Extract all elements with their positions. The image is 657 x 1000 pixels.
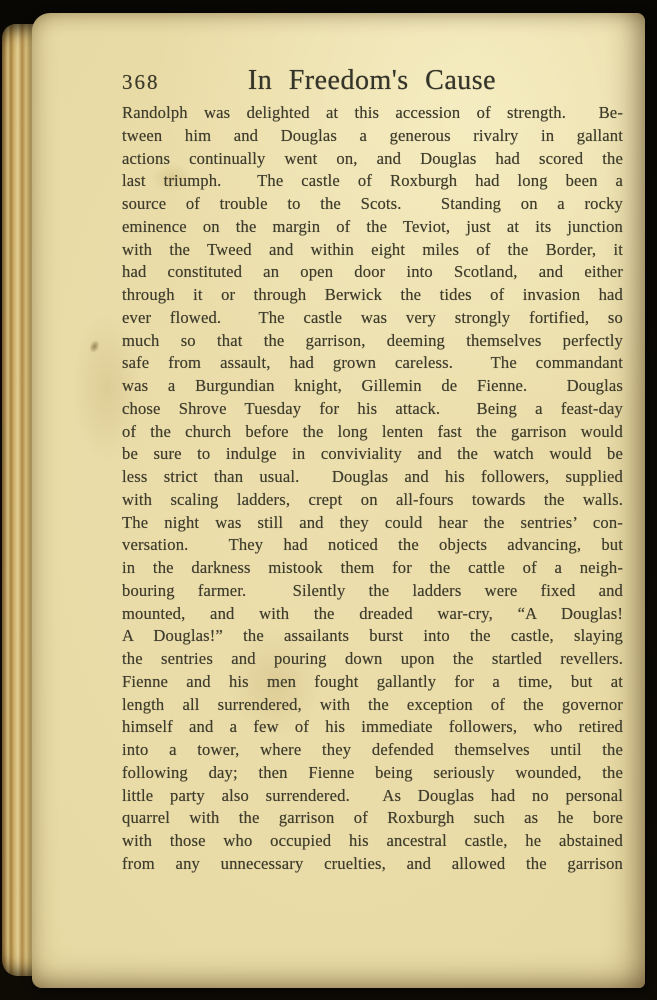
body-text-block: Randolph was delighted at this accession… (122, 102, 623, 876)
text-line: be sure to indulge in conviviality and t… (122, 443, 623, 466)
text-line: of the church before the long lenten fas… (122, 421, 623, 444)
text-line: following day; then Fienne being serious… (122, 762, 623, 785)
text-line: The night was still and they could hear … (122, 512, 623, 535)
text-line: bouring farmer. Silently the ladders wer… (122, 580, 623, 603)
text-line: through it or through Berwick the tides … (122, 284, 623, 307)
text-line: quarrel with the garrison of Roxburgh su… (122, 807, 623, 830)
text-line: Randolph was delighted at this accession… (122, 102, 623, 125)
book-page: 368 In Freedom's Cause Randolph was deli… (32, 13, 645, 988)
page-header: 368 In Freedom's Cause (122, 57, 622, 97)
text-line: A Douglas!” the assailants burst into th… (122, 625, 623, 648)
text-line: last triumph. The castle of Roxburgh had… (122, 170, 623, 193)
text-line: with the Tweed and within eight miles of… (122, 239, 623, 262)
text-line: with scaling ladders, crept on all-fours… (122, 489, 623, 512)
text-line: little party also surrendered. As Dougla… (122, 785, 623, 808)
text-line: Fienne and his men fought gallantly for … (122, 671, 623, 694)
text-line: versation. They had noticed the objects … (122, 534, 623, 557)
text-line: chose Shrove Tuesday for his attack. Bei… (122, 398, 623, 421)
text-line: ever flowed. The castle was very strongl… (122, 307, 623, 330)
scanned-book-photo: 368 In Freedom's Cause Randolph was deli… (0, 0, 657, 1000)
text-line: was a Burgundian knight, Gillemin de Fie… (122, 375, 623, 398)
text-line: source of trouble to the Scots. Standing… (122, 193, 623, 216)
text-line: in the darkness mistook them for the cat… (122, 557, 623, 580)
text-line: much so that the garrison, deeming thems… (122, 330, 623, 353)
text-line: mounted, and with the dreaded war-cry, “… (122, 603, 623, 626)
text-line: into a tower, where they defended themse… (122, 739, 623, 762)
text-line: from any unnecessary cruelties, and allo… (122, 853, 623, 876)
running-title: In Freedom's Cause (122, 65, 622, 97)
text-line: eminence on the margin of the Teviot, ju… (122, 216, 623, 239)
text-line: himself and a few of his immediate follo… (122, 716, 623, 739)
text-line: less strict than usual. Douglas and his … (122, 466, 623, 489)
text-line: length all surrendered, with the excepti… (122, 694, 623, 717)
text-line: actions continually went on, and Douglas… (122, 148, 623, 171)
text-line: tween him and Douglas a generous rivalry… (122, 125, 623, 148)
text-line: the sentries and pouring down upon the s… (122, 648, 623, 671)
text-line: with those who occupied his ancestral ca… (122, 830, 623, 853)
text-line: safe from assault, had grown careless. T… (122, 352, 623, 375)
text-line: had constituted an open door into Scotla… (122, 261, 623, 284)
